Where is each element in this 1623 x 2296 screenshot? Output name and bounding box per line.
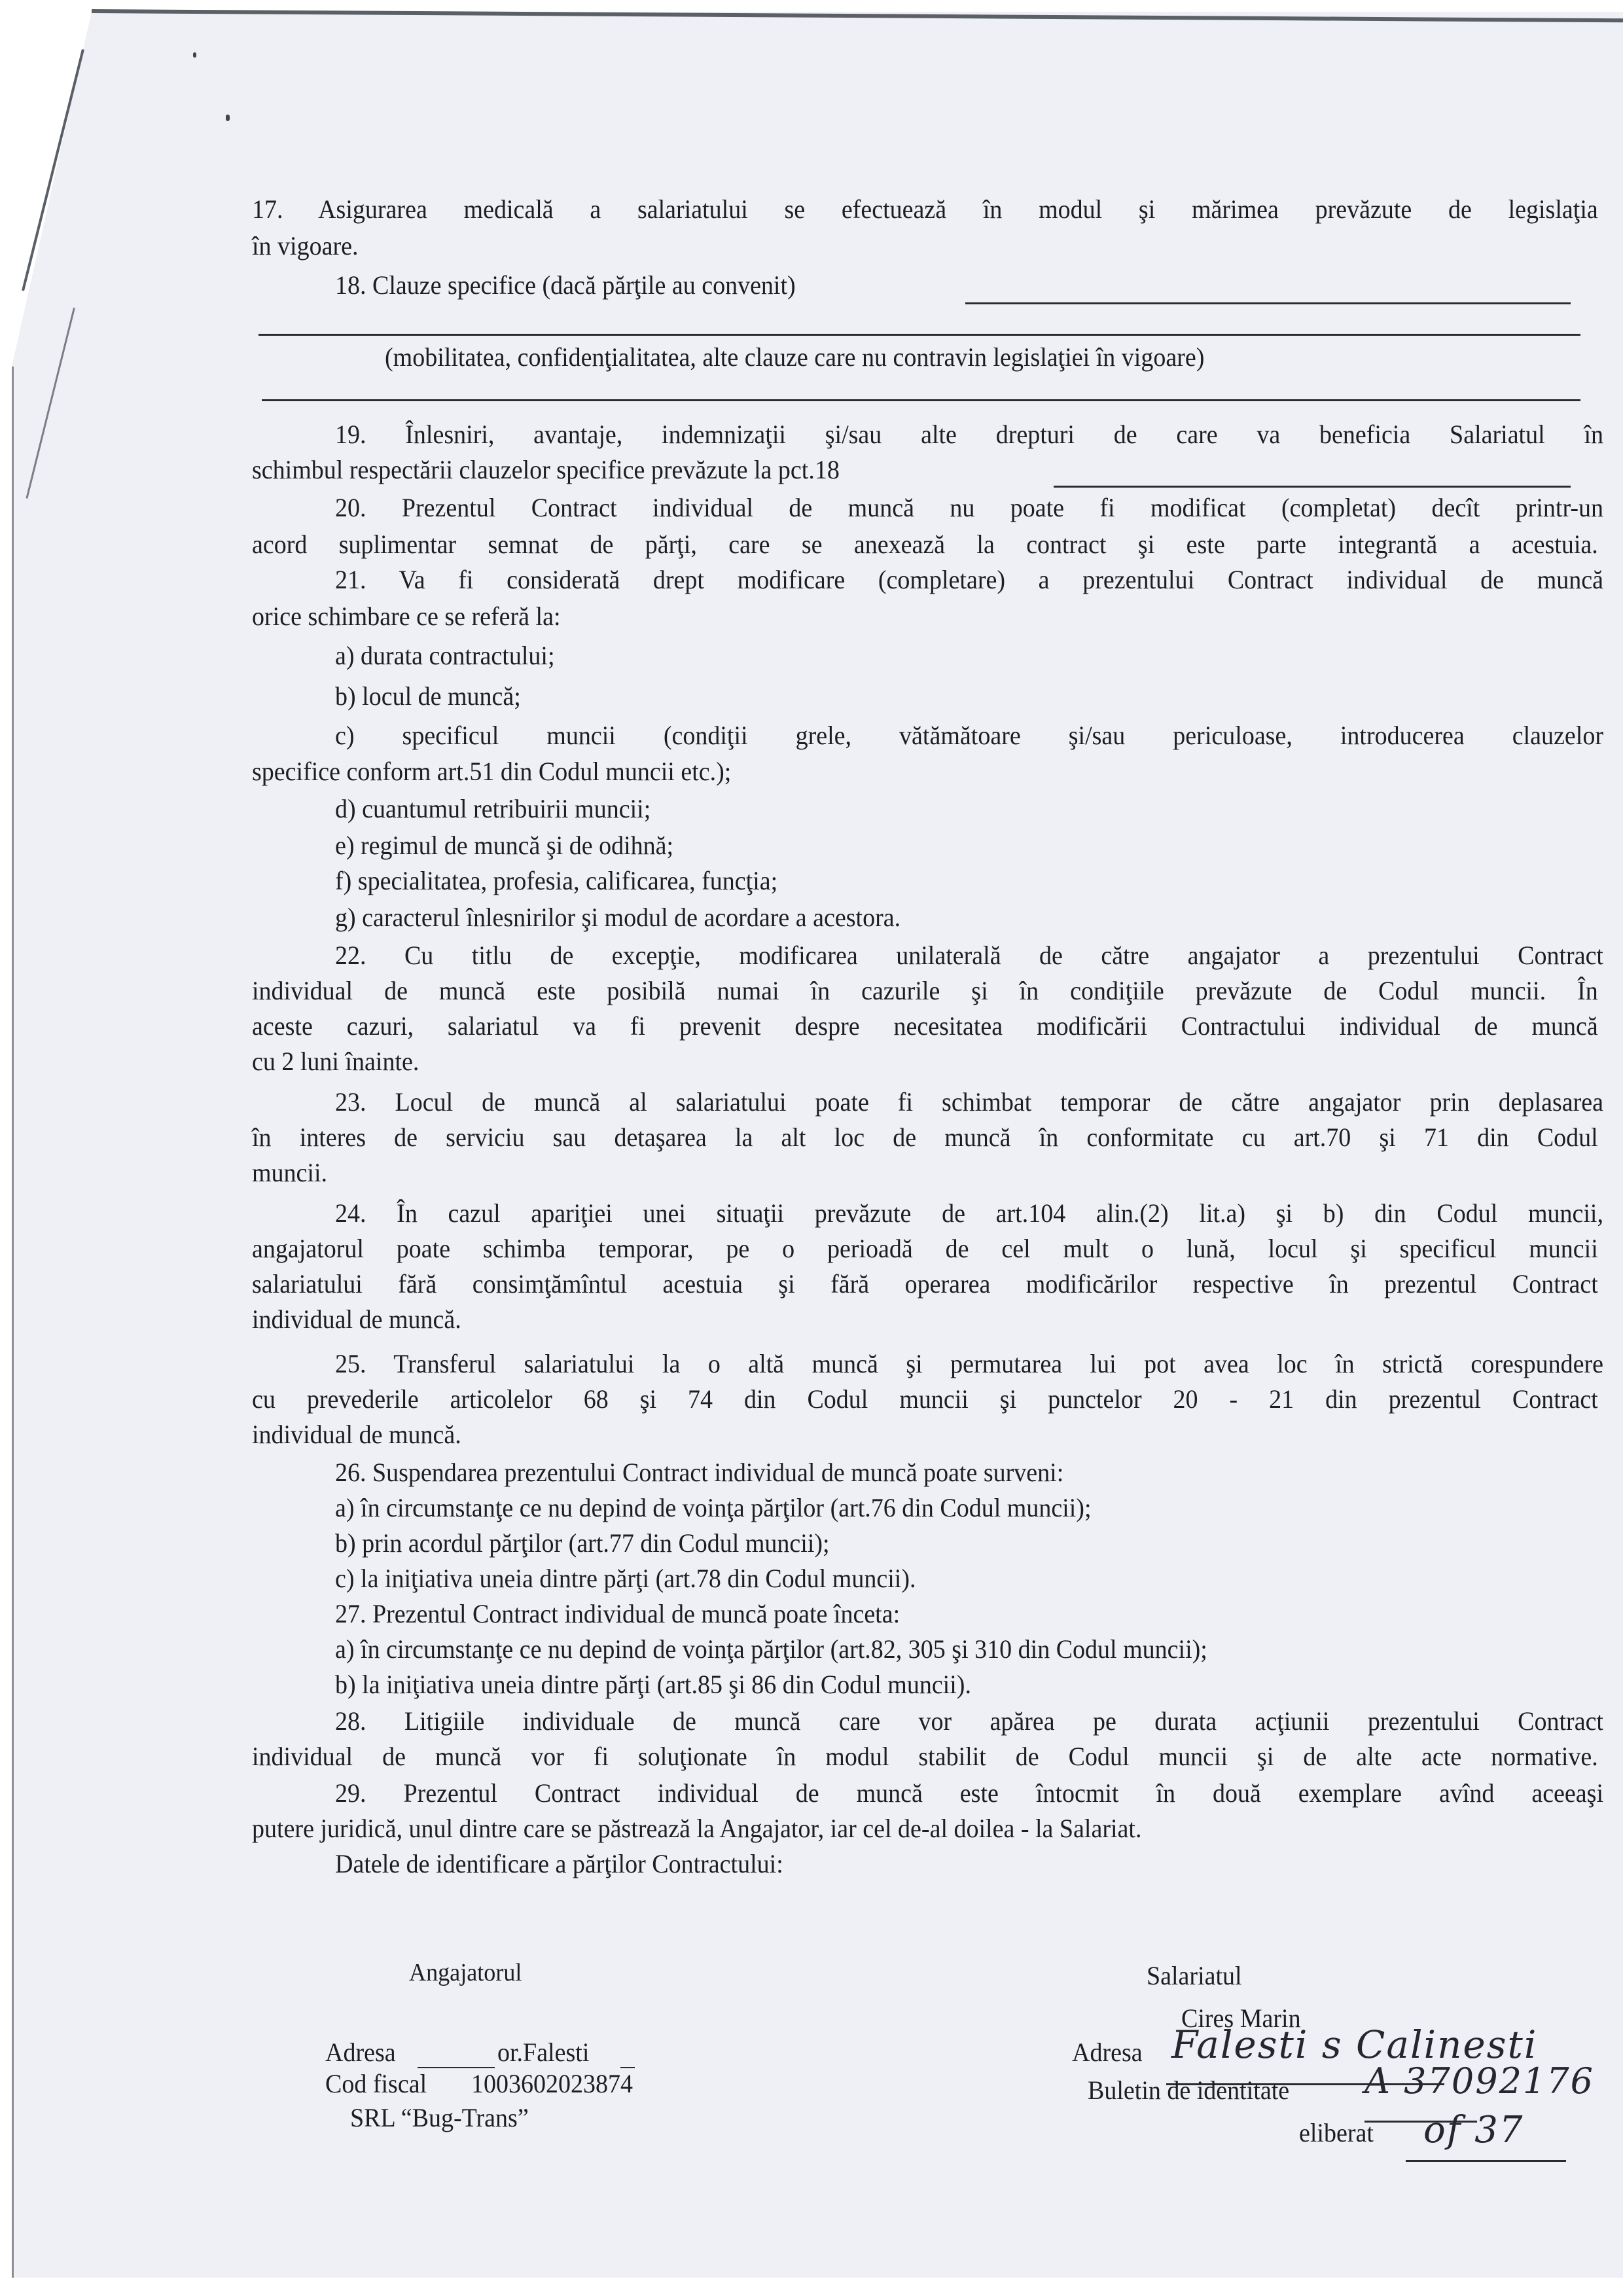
clause-19-fill-line[interactable]	[1054, 486, 1571, 488]
clause-24-line-3: salariatului fără consimţămîntul acestui…	[252, 1268, 1598, 1300]
clause-27-line-1: 27. Prezentul Contract individual de mun…	[335, 1598, 900, 1630]
employer-address-label: Adresa	[325, 2037, 396, 2068]
clause-22-line-1: 22. Cu titlu de excepţie, modificarea un…	[335, 940, 1603, 971]
clause-26-line-1: 26. Suspendarea prezentului Contract ind…	[335, 1457, 1063, 1488]
employee-issued-handwritten: of 37	[1423, 2109, 1524, 2151]
clause-17-line-1: 17. Asigurarea medicală a salariatului s…	[252, 194, 1598, 225]
clause-24-line-2: angajatorul poate schimba temporar, pe o…	[252, 1233, 1598, 1265]
clause-20-line-2: acord suplimentar semnat de părţi, care …	[252, 529, 1598, 560]
employee-address-label: Adresa	[1072, 2037, 1143, 2068]
employee-id-handwritten: A 37092176	[1364, 2060, 1594, 2102]
clause-21-item-c-line-1: c) specificul muncii (condiţii grele, vă…	[335, 720, 1603, 751]
clause-21-line-1: 21. Va fi considerată drept modificare (…	[335, 564, 1603, 596]
clause-26-item-c: c) la iniţiativa uneia dintre părţi (art…	[335, 1563, 916, 1594]
employee-heading: Salariatul	[1147, 1960, 1242, 1992]
clause-26-item-b: b) prin acordul părţilor (art.77 din Cod…	[335, 1528, 830, 1559]
clause-27-item-b: b) la iniţiativa uneia dintre părţi (art…	[335, 1669, 971, 1700]
clause-28-line-2: individual de muncă vor fi soluţionate î…	[252, 1741, 1598, 1772]
clause-25-line-2: cu prevederile articolelor 68 şi 74 din …	[252, 1384, 1598, 1415]
clause-21-item-g: g) caracterul înlesnirilor şi modul de a…	[335, 902, 901, 933]
clause-19-line-1: 19. Înlesniri, avantaje, indemnizaţii şi…	[335, 419, 1603, 450]
clause-23-line-3: muncii.	[252, 1157, 327, 1189]
scan-speck	[226, 115, 230, 121]
employer-fiscal-code-label: Cod fiscal	[325, 2068, 427, 2100]
employee-issued-fill-line	[1406, 2160, 1566, 2162]
clause-21-item-b: b) locul de muncă;	[335, 681, 521, 712]
identification-heading: Datele de identificare a părţilor Contra…	[335, 1848, 783, 1880]
clause-21-item-c-line-2: specifice conform art.51 din Codul munci…	[252, 756, 731, 787]
clause-28-line-1: 28. Litigiile individuale de muncă care …	[335, 1706, 1603, 1737]
clause-22-line-4: cu 2 luni înainte.	[252, 1046, 419, 1077]
clause-23-line-2: în interes de serviciu sau detaşarea la …	[252, 1122, 1598, 1153]
employer-heading: Angajatorul	[409, 1957, 522, 1988]
clause-26-item-a: a) în circumstanţe ce nu depind de voinţ…	[335, 1492, 1092, 1524]
clause-25-line-3: individual de muncă.	[252, 1419, 461, 1450]
clause-21-item-e: e) regimul de muncă şi de odihnă;	[335, 830, 673, 861]
employer-address-value: or.Falesti	[497, 2037, 589, 2068]
employee-id-label: Buletin de identitate	[1088, 2075, 1289, 2106]
employer-fiscal-code-value: 1003602023874	[471, 2068, 633, 2100]
clause-25-line-1: 25. Transferul salariatului la o altă mu…	[335, 1348, 1603, 1380]
clause-20-line-1: 20. Prezentul Contract individual de mun…	[335, 492, 1603, 524]
clause-27-item-a: a) în circumstanţe ce nu depind de voinţ…	[335, 1634, 1207, 1665]
clause-18-hint: (mobilitatea, confidenţialitatea, alte c…	[385, 342, 1204, 373]
clause-17-line-2: în vigoare.	[252, 230, 359, 262]
clause-21-item-f: f) specialitatea, profesia, calificarea,…	[335, 865, 777, 897]
clause-29-line-2: putere juridică, unul dintre care se păs…	[252, 1813, 1141, 1844]
clause-18-fill-line[interactable]	[965, 302, 1571, 304]
clause-23-line-1: 23. Locul de muncă al salariatului poate…	[335, 1086, 1603, 1118]
clause-24-line-1: 24. În cazul apariţiei unei situaţii pre…	[335, 1198, 1603, 1229]
clause-19-line-2: schimbul respectării clauzelor specifice…	[252, 454, 840, 486]
clause-21-item-a: a) durata contractului;	[335, 640, 555, 672]
paper-left-edge	[12, 367, 14, 2278]
scan-speck	[193, 52, 196, 58]
clause-22-line-2: individual de muncă este posibilă numai …	[252, 975, 1598, 1007]
clause-18-fill-line-3[interactable]	[262, 399, 1580, 401]
clause-21-item-d: d) cuantumul retribuirii muncii;	[335, 793, 651, 825]
clause-29-line-1: 29. Prezentul Contract individual de mun…	[335, 1778, 1603, 1809]
clause-18-fill-line-2[interactable]	[259, 334, 1580, 336]
clause-24-line-4: individual de muncă.	[252, 1304, 461, 1335]
employer-company-name: SRL “Bug-Trans”	[350, 2102, 529, 2134]
clause-22-line-3: aceste cazuri, salariatul va fi prevenit…	[252, 1011, 1598, 1042]
clause-18-line-1: 18. Clauze specifice (dacă părţile au co…	[335, 270, 796, 301]
clause-21-line-2: orice schimbare ce se referă la:	[252, 601, 561, 632]
employee-issued-label: eliberat	[1299, 2117, 1374, 2149]
